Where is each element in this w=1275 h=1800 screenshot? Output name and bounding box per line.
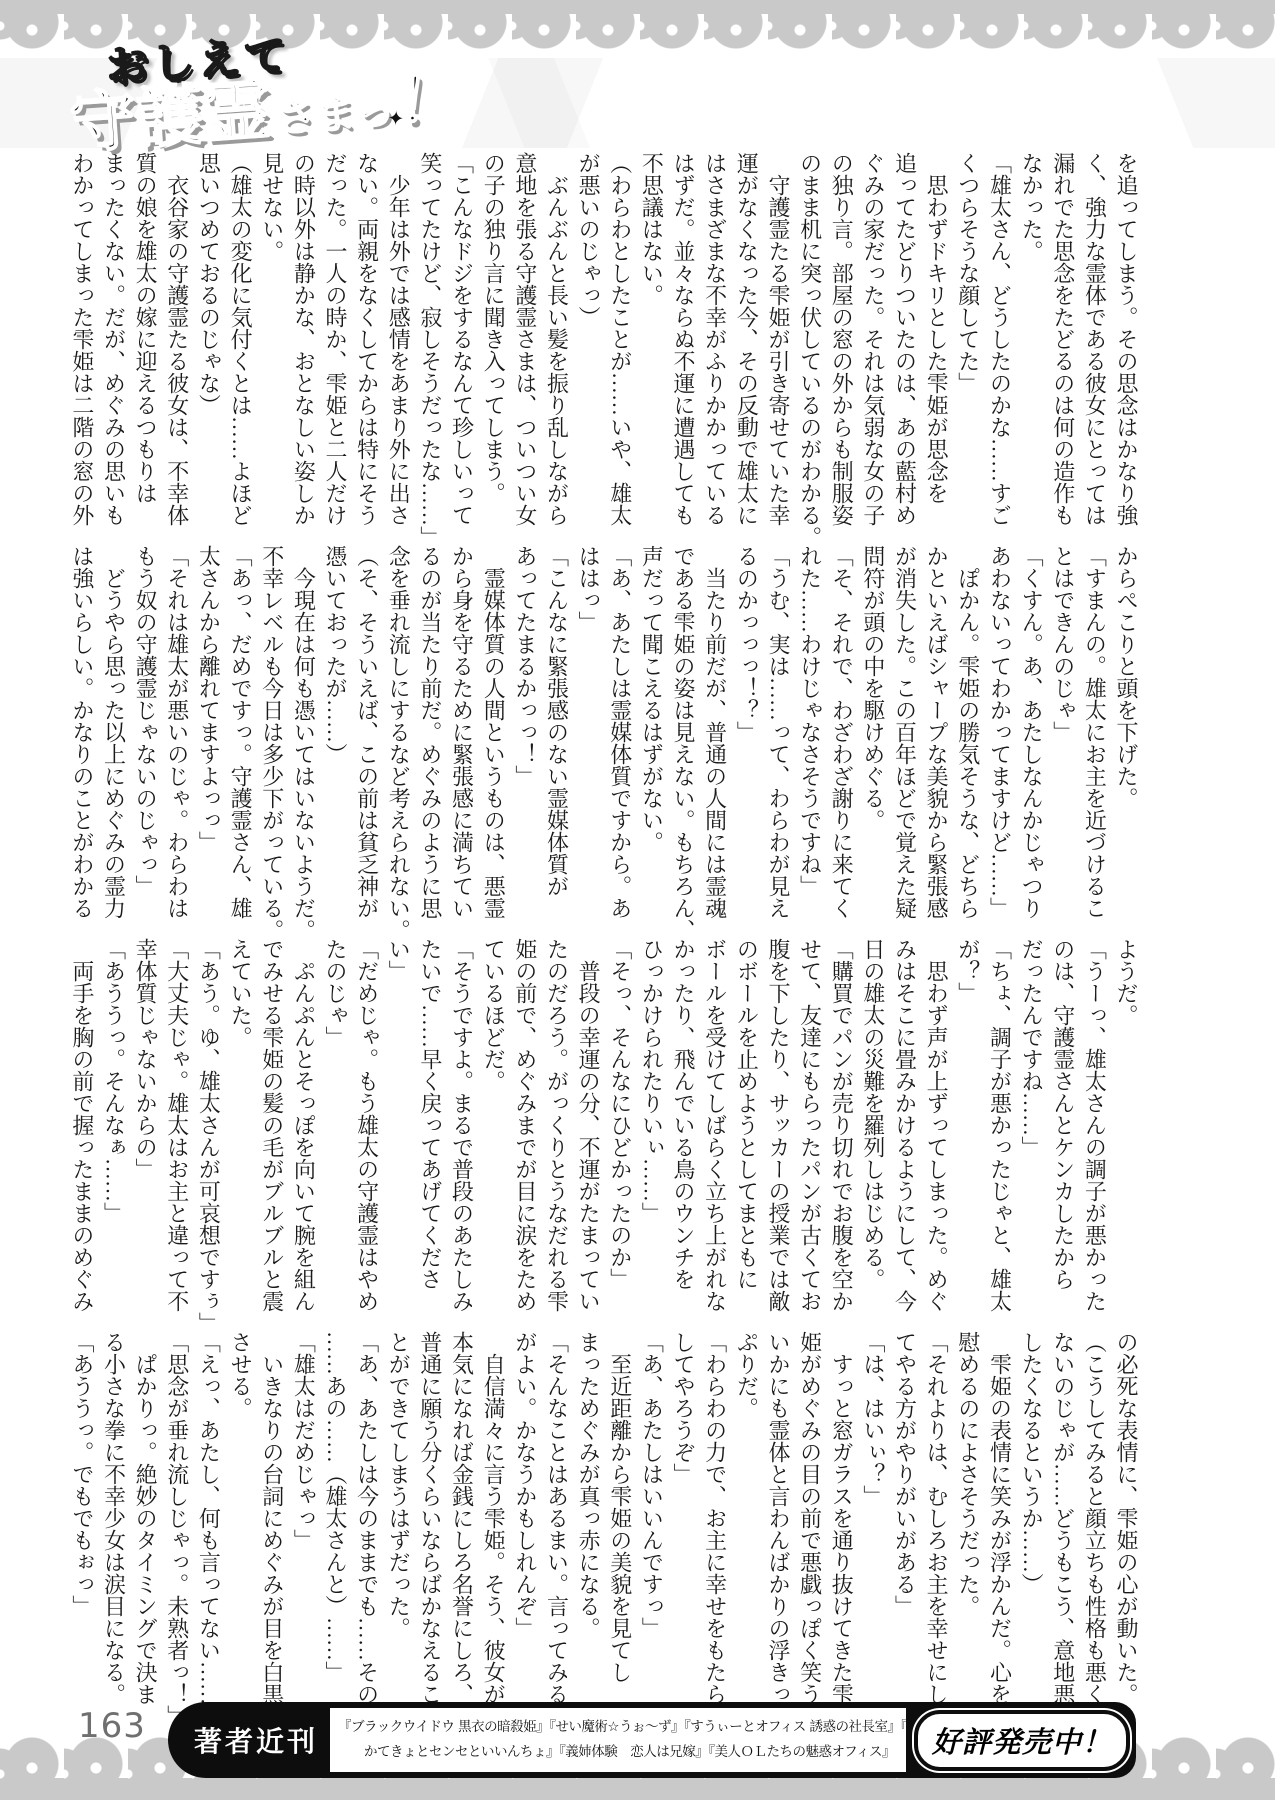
author-recent-works-label: 著者近刊	[168, 1720, 330, 1760]
novel-page: おしえて 守護霊 さまっ ！✦ を追ってしまう。その思念はかなり強 く、強力な霊…	[0, 0, 1275, 1800]
book-titles-line-2: かてきょとセンセといいんちょ』『義姉体験 恋人は兄嫁』『美人ＯＬたちの魅惑オフィ…	[338, 1740, 898, 1765]
footer-ad-bar: 著者近刊 『ブラックウイドウ 黒衣の暗殺姫』『せい魔術☆うぉ～ず』『すうぃーとオ…	[168, 1702, 1136, 1778]
text-band-2: からぺこりと頭を下げた。 「すまんの。雄太にお主を近づけるこ とはできんのじゃ」…	[66, 545, 1142, 949]
logo-text-main: 守護霊	[68, 78, 273, 158]
on-sale-badge: 好評発売中！	[914, 1710, 1130, 1771]
logo-text-suffix: さまっ	[274, 91, 396, 139]
text-band-4: の必死な表情に、雫姫の心が動いた。 （こうしてみると顔立ちも性格も悪く ないのじ…	[66, 1331, 1142, 1735]
page-number: 163	[78, 1706, 146, 1746]
series-logo: おしえて 守護霊 さまっ ！✦	[64, 11, 460, 158]
book-title-list: 『ブラックウイドウ 黒衣の暗殺姫』『せい魔術☆うぉ～ず』『すうぃーとオフィス 誘…	[330, 1708, 906, 1772]
text-band-1: を追ってしまう。その思念はかなり強 く、強力な霊体である彼女にとっては 漏れでた…	[66, 152, 1142, 556]
sparkle-icon: ✦	[387, 108, 405, 129]
text-band-3: ようだ。 「うーっ、雄太さんの調子が悪かった のは、守護霊さんとケンカしたから …	[66, 938, 1142, 1342]
logo-exclamation: ！✦	[397, 70, 461, 134]
book-titles-line-1: 『ブラックウイドウ 黒衣の暗殺姫』『せい魔術☆うぉ～ず』『すうぃーとオフィス 誘…	[338, 1715, 898, 1740]
